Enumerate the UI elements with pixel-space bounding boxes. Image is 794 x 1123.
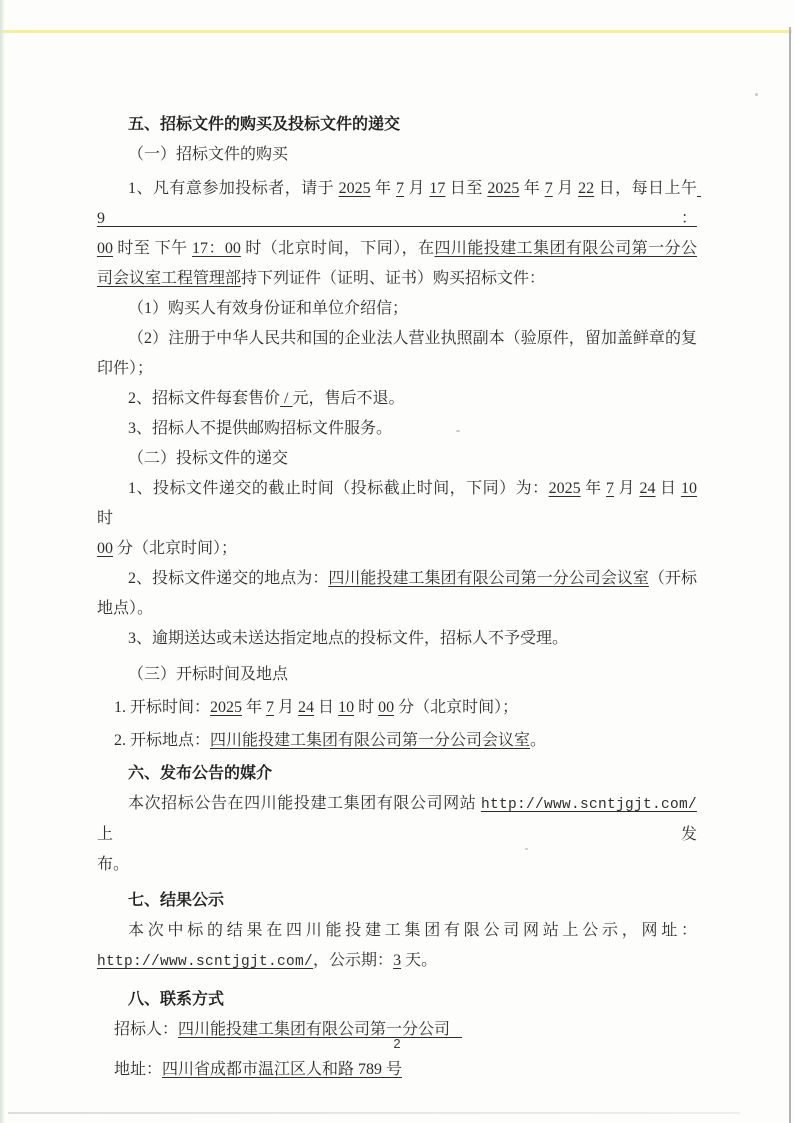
text-segment: （1）购买人有效身份证和单位介绍信； (128, 300, 408, 317)
underlined-text: 24 (640, 480, 656, 497)
doc-line: http://www.scntjgjt.com/，公示期：3 天。 (97, 946, 697, 977)
text-segment: （二）投标文件的递交 (128, 450, 288, 467)
underlined-text: 7 (606, 480, 614, 497)
doc-heading-line: 八、联系方式 (97, 985, 697, 1015)
text-segment: （开标 (649, 570, 697, 587)
text-segment: 年 (581, 480, 606, 497)
text-segment: 3、逾期送达或未送达指定地点的投标文件，招标人不予受理。 (128, 630, 568, 647)
text-segment: 日 (656, 480, 681, 497)
doc-line: 1. 开标时间：2025 年 7 月 24 日 10 时 00 分（北京时间）； (97, 693, 697, 723)
underlined-text: 17：00 (192, 240, 241, 257)
text-segment: 七、结果公示 (128, 892, 224, 909)
underlined-text: 2025 (487, 180, 519, 197)
underlined-text: 7 (545, 180, 553, 197)
text-segment: 月 (274, 699, 298, 716)
text-segment: 分（北京时间）； (394, 699, 518, 716)
text-segment: 日，每日上午 (594, 180, 697, 197)
text-segment: 本次招标公告在四川能投建工集团有限公司网站 (128, 795, 481, 812)
underlined-text: / (280, 390, 292, 407)
text-segment: 时 (354, 699, 378, 716)
text-segment: （三）开标时间及地点 (128, 666, 288, 683)
scan-left-edge-tint (0, 0, 5, 1123)
text-segment: 1、凡有意参加投标者，请于 (128, 180, 339, 197)
scan-bottom-edge-line (8, 1112, 740, 1114)
doc-line: 印件）； (97, 354, 697, 384)
text-segment: 布。 (97, 856, 129, 873)
underlined-text: 7 (396, 180, 404, 197)
text-segment: （一）招标文件的购买 (128, 146, 288, 163)
underlined-text: 2025 (549, 480, 581, 497)
text-segment: 日至 (445, 180, 487, 197)
underlined-text: 3 (393, 952, 401, 969)
underlined-text: 10 (681, 480, 697, 497)
underlined-text: 司会议室工程管理部 (97, 270, 241, 287)
text-segment: 天。 (401, 952, 437, 969)
underlined-text: 四川能投建工集团有限公司第一分公司会议室 (328, 570, 649, 587)
doc-line: 00 时至 下午 17：00 时（北京时间，下同），在四川能投建工集团有限公司第… (97, 234, 697, 264)
doc-heading-line: 七、结果公示 (97, 886, 697, 916)
text-segment: 八、联系方式 (128, 991, 224, 1008)
text-segment: 时（北京时间，下同），在 (241, 240, 435, 257)
doc-heading-line: 五、招标文件的购买及投标文件的递交 (97, 110, 697, 140)
text-segment: 五、招标文件的购买及投标文件的递交 (128, 116, 400, 133)
doc-line: 2、招标文件每套售价 / 元，售后不退。 (97, 384, 697, 414)
doc-line: （2）注册于中华人民共和国的企业法人营业执照副本（验原件，留加盖鲜章的复 (97, 324, 697, 354)
doc-line: （三）开标时间及地点 (97, 660, 697, 690)
underlined-text: 7 (266, 699, 274, 716)
doc-line: 2、投标文件递交的地点为：四川能投建工集团有限公司第一分公司会议室（开标 (97, 564, 697, 594)
text-segment: 月 (553, 180, 578, 197)
text-segment: 月 (614, 480, 639, 497)
underlined-text: http://www.scntjgjt.com/ (97, 954, 313, 970)
doc-line: 3、招标人不提供邮购招标文件服务。 (97, 414, 697, 444)
underlined-text: 17 (429, 180, 445, 197)
text-segment: 年 (371, 180, 396, 197)
doc-line: 00 分（北京时间）； (97, 534, 697, 564)
text-segment: 1. 开标时间： (114, 699, 210, 716)
underlined-text: 四川能投建工集团有限公司第一分公司会议室 (210, 732, 530, 749)
doc-line: 地址：四川省成都市温江区人和路 789 号 (97, 1055, 697, 1085)
doc-line: 本次招标公告在四川能投建工集团有限公司网站 http://www.scntjgj… (97, 789, 697, 850)
doc-line: 布。 (97, 850, 697, 880)
underlined-text: 四川省成都市温江区人和路 789 号 (162, 1061, 402, 1078)
text-segment: 3、招标人不提供邮购招标文件服务。 (128, 420, 392, 437)
text-segment: 地址： (114, 1061, 162, 1078)
underlined-text: 00 (97, 240, 113, 257)
doc-line: 本次中标的结果在四川能投建工集团有限公司网站上公示，网址： (97, 916, 697, 946)
text-segment: 2、投标文件递交的地点为： (128, 570, 328, 587)
underlined-text: 2025 (210, 699, 242, 716)
underlined-text: 22 (578, 180, 594, 197)
doc-line: 3、逾期送达或未送达指定地点的投标文件，招标人不予受理。 (97, 624, 697, 654)
doc-line: 地点）。 (97, 594, 697, 624)
scanned-page: 五、招标文件的购买及投标文件的递交（一）招标文件的购买1、凡有意参加投标者，请于… (0, 0, 794, 1123)
underlined-text: 四川能投建工集团有限公司第一分公 (435, 240, 697, 257)
scan-right-edge-line (789, 27, 791, 1123)
doc-line: （一）招标文件的购买 (97, 140, 697, 170)
text-segment: 元，售后不退。 (292, 390, 404, 407)
doc-line: （1）购买人有效身份证和单位介绍信； (97, 294, 697, 324)
text-segment: 分（北京时间）； (113, 540, 237, 557)
scan-speck (755, 93, 758, 96)
underlined-text: 00 (97, 540, 113, 557)
text-segment: 月 (404, 180, 429, 197)
text-segment: 2. 开标地点： (114, 732, 210, 749)
text-segment: 年 (242, 699, 266, 716)
doc-line: 司会议室工程管理部持下列证件（证明、证书）购买招标文件： (97, 264, 697, 294)
text-segment: 。 (530, 732, 546, 749)
doc-line: 1、凡有意参加投标者，请于 2025 年 7 月 17 日至 2025 年 7 … (97, 174, 697, 234)
text-segment: 2、招标文件每套售价 (128, 390, 280, 407)
text-segment: （2）注册于中华人民共和国的企业法人营业执照副本（验原件，留加盖鲜章的复 (128, 330, 697, 347)
doc-line: 2. 开标地点：四川能投建工集团有限公司第一分公司会议室。 (97, 726, 697, 756)
text-segment: 时至 下午 (113, 240, 192, 257)
underlined-text: http://www.scntjgjt.com/ (481, 797, 697, 813)
text-segment: 上发 (97, 826, 697, 843)
scan-yellow-edge-line (0, 30, 792, 33)
text-segment: 持下列证件（证明、证书）购买招标文件： (241, 270, 545, 287)
text-segment: 地点）。 (97, 600, 153, 617)
underlined-text: 10 (338, 699, 354, 716)
text-segment: 1、投标文件递交的截止时间（投标截止时间，下同）为： (128, 480, 549, 497)
underlined-text: 00 (378, 699, 394, 716)
text-segment: 本次中标的结果在四川能投建工集团有限公司网站上公示，网址： (128, 922, 697, 939)
doc-line: 1、投标文件递交的截止时间（投标截止时间，下同）为：2025 年 7 月 24 … (97, 474, 697, 534)
text-segment: ，公示期： (313, 952, 393, 969)
page-number: 2 (0, 1036, 794, 1051)
doc-line: （二）投标文件的递交 (97, 444, 697, 474)
underlined-text: 2025 (339, 180, 371, 197)
text-segment: 日 (314, 699, 338, 716)
text-segment: 年 (519, 180, 544, 197)
document-body: 五、招标文件的购买及投标文件的递交（一）招标文件的购买1、凡有意参加投标者，请于… (97, 110, 697, 1085)
text-segment: 六、发布公告的媒介 (128, 765, 272, 782)
text-segment: 印件）； (97, 360, 153, 377)
doc-heading-line: 六、发布公告的媒介 (97, 759, 697, 789)
underlined-text: 24 (298, 699, 314, 716)
